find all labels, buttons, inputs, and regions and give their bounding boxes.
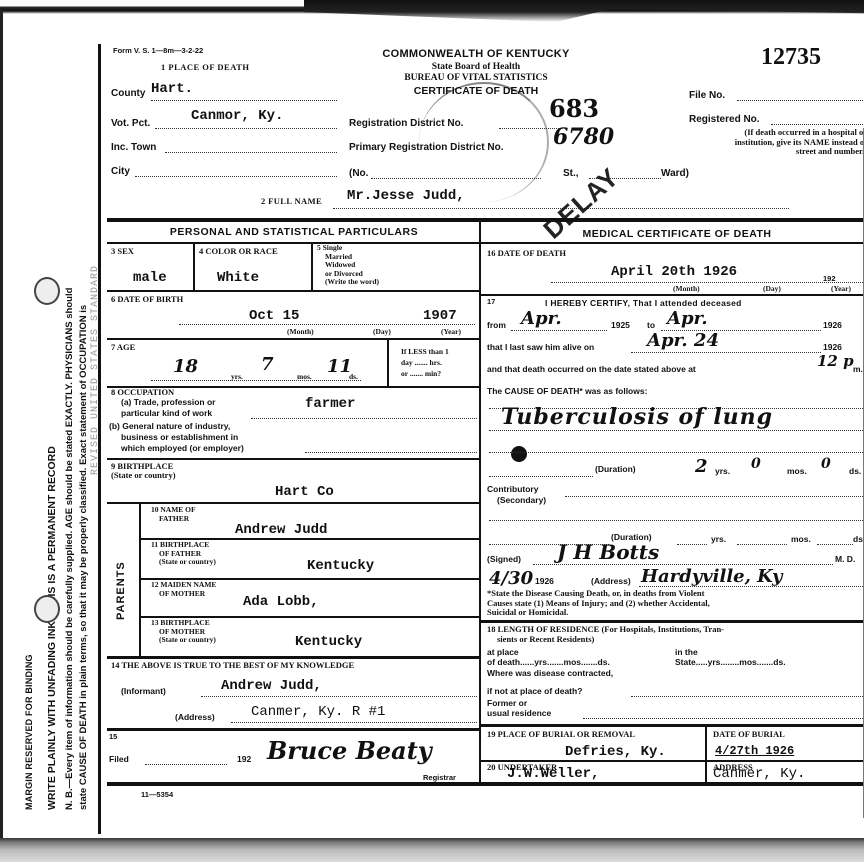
org-line-1: COMMONWEALTH OF KENTUCKY (381, 48, 571, 60)
occupation-a-label: (a) Trade, profession or particular kind… (121, 397, 215, 419)
birthplace-value: Hart Co (275, 484, 334, 500)
date-of-death-value: April 20th 1926 (611, 264, 737, 280)
residence-label: 18 LENGTH OF RESIDENCE (For Hospitals, I… (487, 624, 724, 644)
margin-write-plainly: WRITE PLAINLY WITH UNFADING INK—THIS IS … (46, 446, 58, 810)
age-label: 7 AGE (111, 342, 135, 352)
dob-month-day-value: Oct 15 (249, 308, 299, 324)
md-label: M. D. (835, 554, 855, 564)
undertaker-value: J.W.Weller, (507, 766, 599, 782)
age-years-value: 18 (173, 356, 198, 377)
hospital-note: (If death occurred in a hospital or inst… (729, 128, 864, 157)
informant-label: (Informant) (121, 686, 166, 696)
personal-section-title: PERSONAL AND STATISTICAL PARTICULARS (111, 226, 477, 238)
cause-footnote: *State the Disease Causing Death, or, in… (487, 589, 710, 618)
signed-label: (Signed) (487, 554, 521, 564)
form-id: Form V. S. 1—8m—3-2-22 (113, 46, 203, 55)
form-code: 11—5354 (141, 790, 173, 799)
margin-reserved-text: MARGIN RESERVED FOR BINDING (24, 654, 34, 810)
physician-signature: J H Botts (557, 540, 659, 564)
certify-statement: I HEREBY CERTIFY, That I attended deceas… (545, 298, 742, 308)
burial-place-value: Defries, Ky. (565, 744, 666, 760)
scan-edge-bottom (0, 838, 864, 862)
mother-birthplace-label: 13 BIRTHPLACE OF MOTHER (State or countr… (151, 619, 216, 645)
scan-edge-top (0, 0, 864, 14)
inc-town-label: Inc. Town (111, 142, 156, 153)
where-contracted-label: Where was disease contracted, (487, 668, 613, 678)
attended-from-year: 1925 (611, 320, 630, 330)
death-time-value: 12 p (817, 352, 854, 370)
informant-address-label: (Address) (175, 712, 215, 722)
usual-residence-label: Former or usual residence (487, 698, 551, 718)
full-name-value: Mr.Jesse Judd, (347, 188, 465, 204)
father-birthplace-value: Kentucky (307, 558, 374, 574)
signed-year: 1926 (535, 576, 554, 586)
sex-label: 3 SEX (111, 246, 134, 256)
attended-from-value: Apr. (521, 308, 562, 329)
residence-at-place: at place of death......yrs.......mos....… (487, 647, 610, 667)
city-label: City (111, 166, 130, 177)
informant-value: Andrew Judd, (221, 678, 322, 694)
cause-of-death-label: The CAUSE OF DEATH* was as follows: (487, 386, 647, 396)
attended-to-value: Apr. (667, 308, 708, 329)
margin-note-line-1: N. B.—Every item of information should b… (64, 288, 75, 810)
mother-name-label: 12 MAIDEN NAME OF MOTHER (151, 581, 216, 598)
duration-days-value: 0 (821, 456, 831, 472)
last-saw-alive-year: 1926 (823, 342, 842, 352)
true-statement: 14 THE ABOVE IS TRUE TO THE BEST OF MY K… (111, 660, 354, 670)
place-of-death-section-label: 1 PLACE OF DEATH (161, 62, 250, 72)
cause-of-death-value: Tuberculosis of lung (501, 404, 773, 430)
marital-status-label: 5 Single Married Widowed or Divorced (Wr… (317, 244, 379, 287)
undertaker-address-value: Canmer, Ky. (713, 766, 805, 782)
father-birthplace-label: 11 BIRTHPLACE OF FATHER (State or countr… (151, 541, 216, 567)
registered-no-label: Registered No. (689, 114, 760, 125)
vot-pct-value: Canmor, Ky. (191, 108, 283, 124)
occupation-a-value: farmer (305, 396, 355, 412)
street-label: St., (563, 168, 579, 179)
age-months-value: 7 (261, 354, 274, 375)
column-divider (479, 220, 481, 782)
mother-birthplace-value: Kentucky (295, 634, 362, 650)
father-name-value: Andrew Judd (235, 522, 327, 538)
scan-edge-left (0, 10, 3, 840)
burial-date-label: DATE OF BURIAL (713, 729, 785, 739)
binding-margin: MARGIN RESERVED FOR BINDING WRITE PLAINL… (8, 55, 98, 815)
signed-date-value: 4/30 (489, 568, 533, 589)
vot-pct-label: Vot. Pct. (111, 118, 150, 129)
org-line-3: BUREAU OF VITAL STATISTICS (371, 73, 581, 83)
date-of-death-label: 16 DATE OF DEATH (487, 248, 566, 258)
certificate-number: 12735 (761, 44, 821, 71)
contributory-label: Contributory (Secondary) (487, 484, 546, 506)
primary-registration-district-label: Primary Registration District No. (349, 142, 503, 153)
registrar-label: Registrar (423, 773, 456, 782)
attended-to-year: 1926 (823, 320, 842, 330)
no-label: (No. (349, 168, 368, 179)
full-name-label: 2 FULL NAME (261, 196, 322, 206)
last-saw-alive-value: Apr. 24 (647, 330, 719, 351)
filed-label: Filed (109, 754, 129, 764)
margin-note-line-2: state CAUSE OF DEATH in plain terms, so … (78, 305, 89, 810)
sex-value: male (133, 270, 167, 286)
physician-address-value: Hardyville, Ky (641, 566, 782, 587)
occupation-b-label: (b) General nature of industry, business… (109, 421, 244, 454)
residence-in-state: in the State.....yrs........mos.......ds… (675, 647, 786, 667)
duration-years-value: 2 (695, 456, 708, 477)
dob-label: 6 DATE OF BIRTH (111, 294, 183, 304)
punch-hole-bottom (34, 595, 60, 623)
registrar-signature: Bruce Beaty (267, 736, 432, 765)
age-less-than-day: If LESS than 1 day ....... hrs. or .....… (401, 346, 449, 379)
occupation-label: 8 OCCUPATION (111, 387, 174, 397)
mother-name-value: Ada Lobb, (243, 594, 319, 610)
dob-year-value: 1907 (423, 308, 457, 324)
father-name-label: 10 NAME OF FATHER (151, 506, 196, 523)
punch-hole-top (34, 277, 60, 305)
ward-label: Ward) (661, 168, 689, 179)
file-no-label: File No. (689, 90, 725, 101)
primary-registration-district-value: 6780 (553, 124, 614, 150)
birthplace-label: 9 BIRTHPLACE (State or country) (111, 462, 176, 480)
death-certificate-form: Form V. S. 1—8m—3-2-22 1 PLACE OF DEATH … (98, 44, 864, 834)
parents-label: PARENTS (115, 561, 127, 620)
county-value: Hart. (151, 81, 193, 97)
certificate-title: CERTIFICATE OF DEATH (381, 85, 571, 97)
burial-place-label: 19 PLACE OF BURIAL OR REMOVAL (487, 729, 635, 739)
registration-district-label: Registration District No. (349, 118, 463, 129)
race-label: 4 COLOR OR RACE (199, 246, 278, 256)
informant-address-value: Canmer, Ky. R #1 (251, 704, 385, 720)
duration-months-value: 0 (751, 456, 761, 472)
org-line-2: State Board of Health (381, 62, 571, 72)
registration-district-value: 683 (549, 94, 599, 123)
burial-date-value: 4/27th 1926 (715, 744, 794, 758)
race-value: White (217, 270, 259, 286)
county-label: County (111, 88, 145, 99)
